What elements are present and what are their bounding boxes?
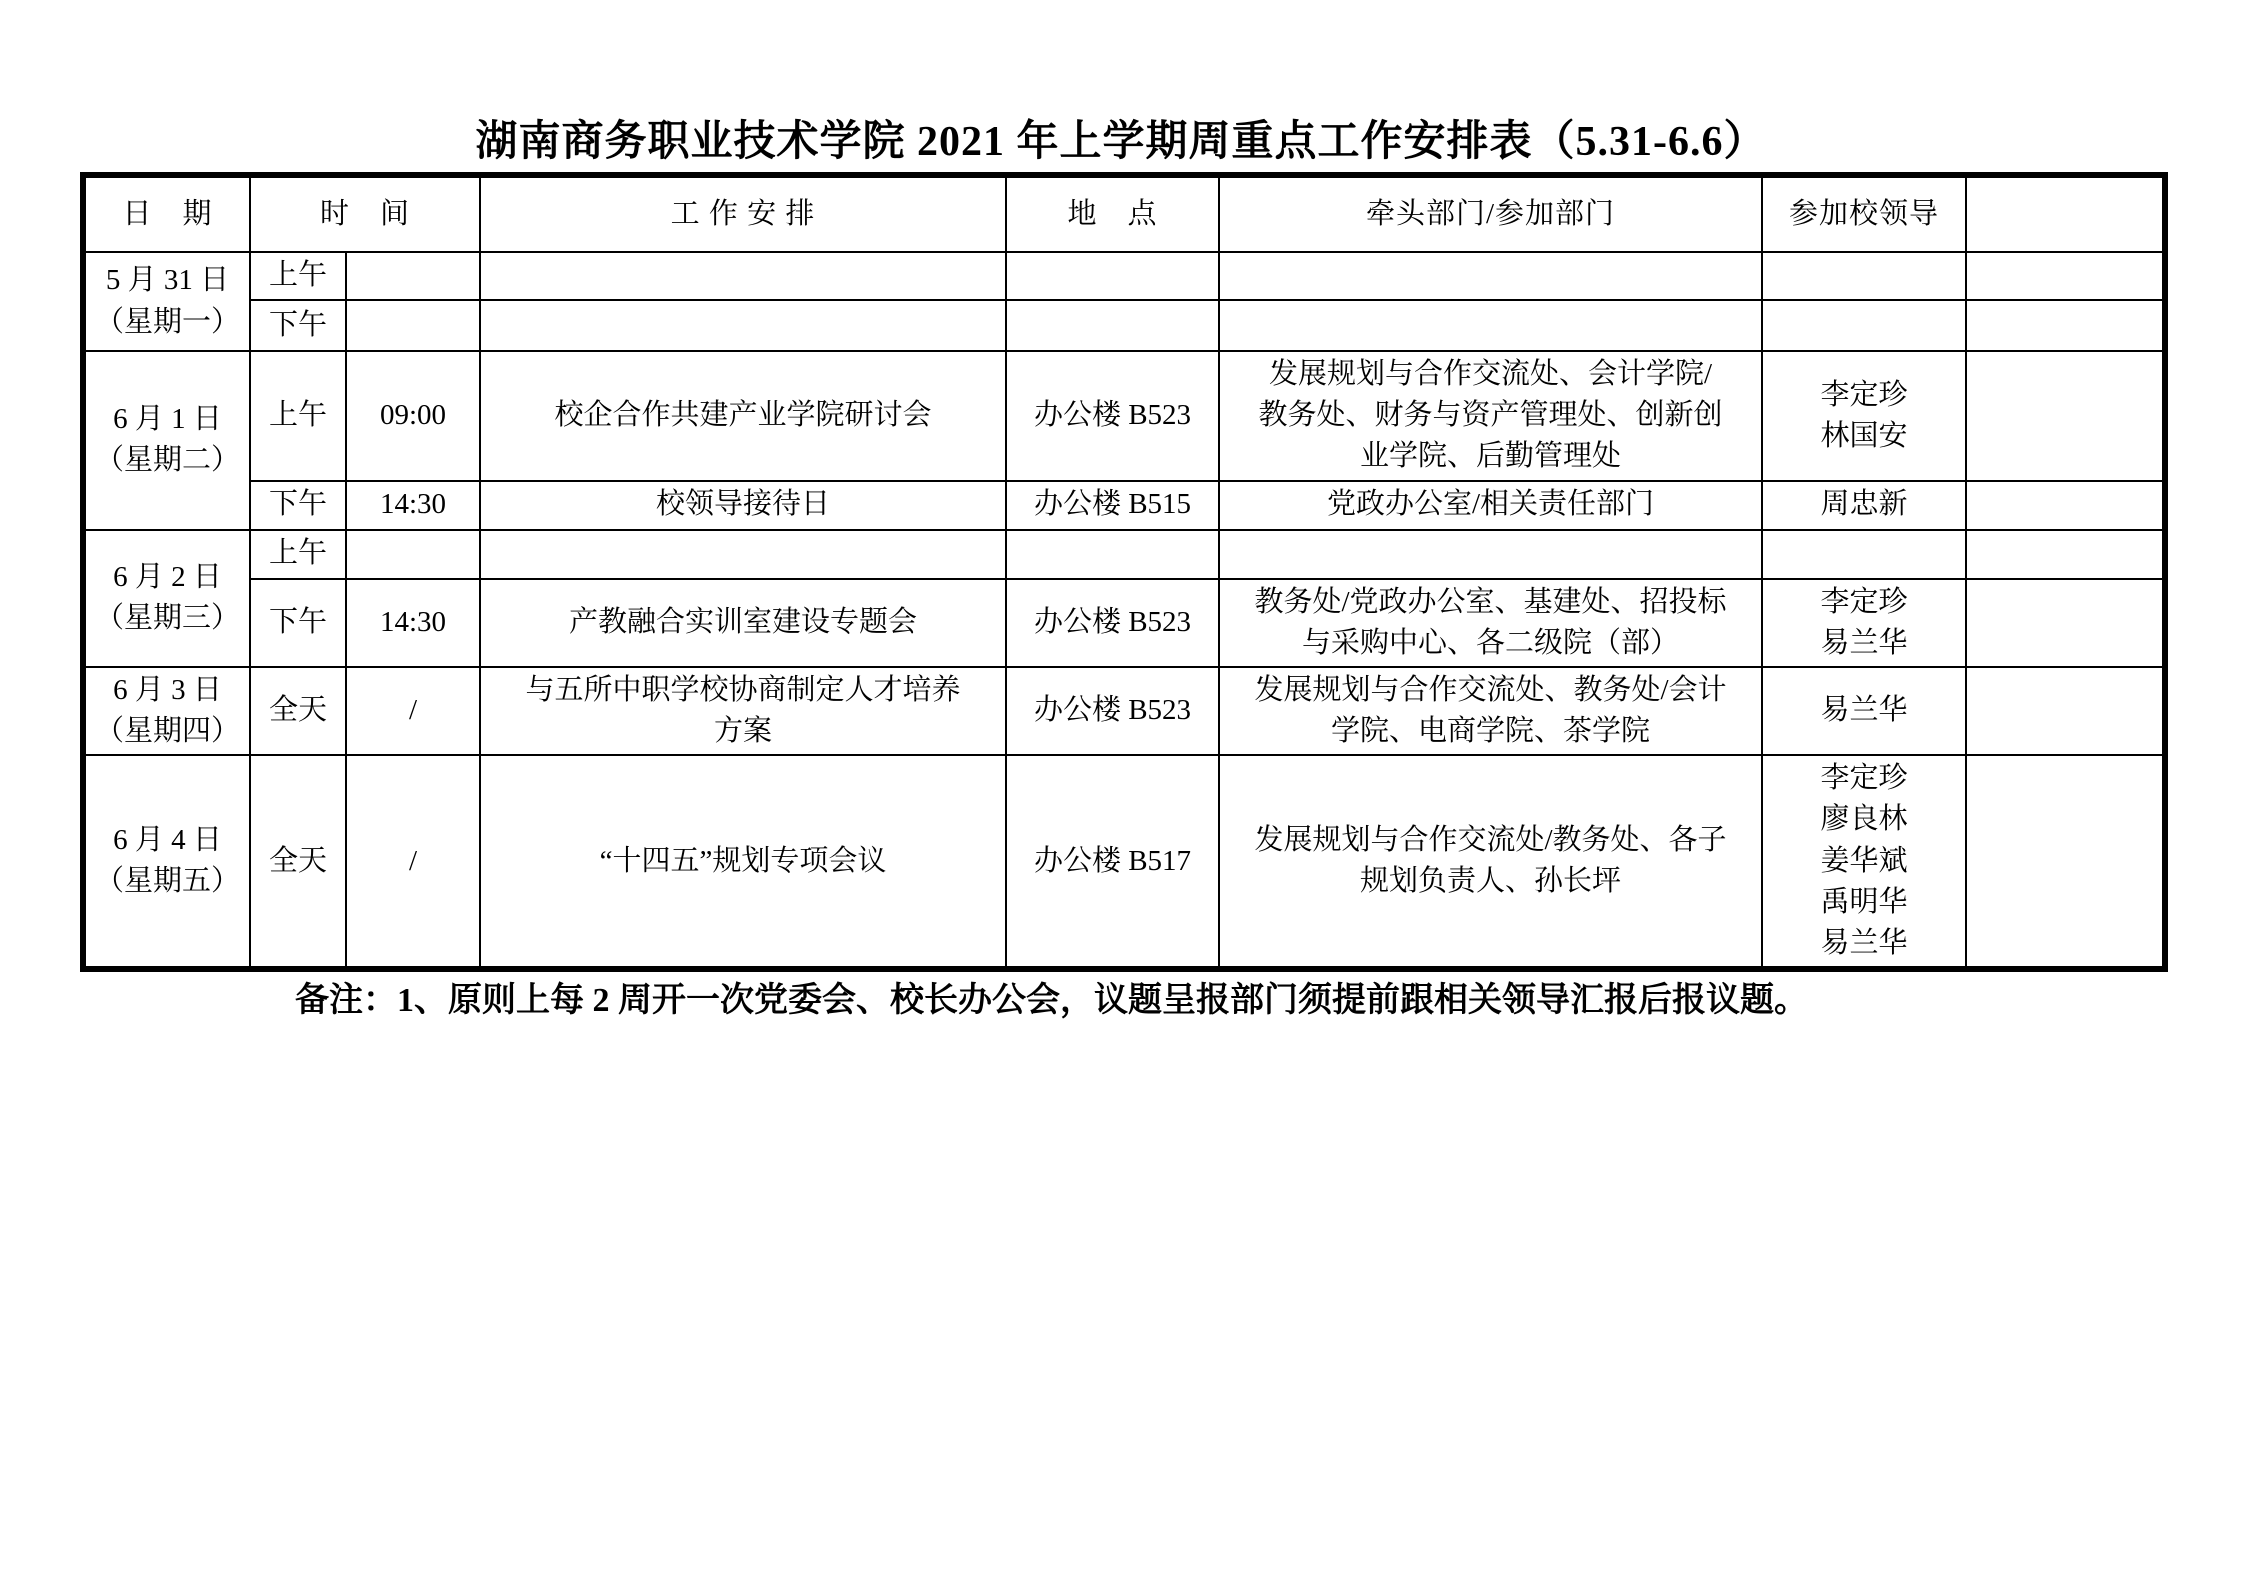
cell-leaders	[1762, 530, 1966, 579]
cell-location	[1006, 252, 1219, 300]
table-row: 下午 14:30 校领导接待日 办公楼 B515 党政办公室/相关责任部门 周忠…	[83, 481, 2165, 530]
cell-leaders: 李定珍 易兰华	[1762, 579, 1966, 667]
cell-period: 上午	[250, 252, 346, 300]
cell-departments: 发展规划与合作交流处、会计学院/ 教务处、财务与资产管理处、创新创 业学院、后勤…	[1219, 351, 1762, 481]
cell-location: 办公楼 B523	[1006, 351, 1219, 481]
cell-period: 全天	[250, 755, 346, 969]
cell-extra	[1966, 530, 2165, 579]
cell-work: “十四五”规划专项会议	[480, 755, 1006, 969]
cell-period: 下午	[250, 579, 346, 667]
cell-work: 校企合作共建产业学院研讨会	[480, 351, 1006, 481]
cell-date: 6 月 2 日 （星期三）	[83, 530, 250, 667]
cell-work	[480, 300, 1006, 351]
table-row: 6 月 1 日 （星期二） 上午 09:00 校企合作共建产业学院研讨会 办公楼…	[83, 351, 2165, 481]
cell-extra	[1966, 351, 2165, 481]
cell-extra	[1966, 252, 2165, 300]
cell-time: /	[346, 667, 480, 755]
page-title: 湖南商务职业技术学院 2021 年上学期周重点工作安排表（5.31-6.6）	[80, 108, 2162, 168]
table-row: 6 月 4 日 （星期五） 全天 / “十四五”规划专项会议 办公楼 B517 …	[83, 755, 2165, 969]
cell-date: 6 月 4 日 （星期五）	[83, 755, 250, 969]
document-page: 湖南商务职业技术学院 2021 年上学期周重点工作安排表（5.31-6.6） 日…	[0, 0, 2245, 1587]
cell-leaders: 易兰华	[1762, 667, 1966, 755]
cell-departments	[1219, 300, 1762, 351]
cell-location: 办公楼 B515	[1006, 481, 1219, 530]
cell-leaders	[1762, 300, 1966, 351]
cell-period: 全天	[250, 667, 346, 755]
cell-leaders: 李定珍 林国安	[1762, 351, 1966, 481]
cell-extra	[1966, 481, 2165, 530]
cell-time: 09:00	[346, 351, 480, 481]
col-header-departments: 牵头部门/参加部门	[1219, 175, 1762, 252]
cell-leaders	[1762, 252, 1966, 300]
cell-location	[1006, 300, 1219, 351]
cell-time: 14:30	[346, 579, 480, 667]
cell-leaders: 李定珍 廖良林 姜华斌 禹明华 易兰华	[1762, 755, 1966, 969]
col-header-date: 日 期	[83, 175, 250, 252]
table-row: 6 月 2 日 （星期三） 上午	[83, 530, 2165, 579]
table-header-row: 日 期 时 间 工 作 安 排 地 点 牵头部门/参加部门 参加校领导	[83, 175, 2165, 252]
cell-work: 产教融合实训室建设专题会	[480, 579, 1006, 667]
cell-location	[1006, 530, 1219, 579]
col-header-time: 时 间	[250, 175, 480, 252]
cell-location: 办公楼 B523	[1006, 579, 1219, 667]
col-header-extra	[1966, 175, 2165, 252]
cell-period: 上午	[250, 530, 346, 579]
cell-period: 下午	[250, 481, 346, 530]
cell-extra	[1966, 579, 2165, 667]
cell-date: 6 月 3 日 （星期四）	[83, 667, 250, 755]
cell-departments: 发展规划与合作交流处/教务处、各子 规划负责人、孙长坪	[1219, 755, 1762, 969]
col-header-location: 地 点	[1006, 175, 1219, 252]
cell-time	[346, 300, 480, 351]
cell-period: 下午	[250, 300, 346, 351]
cell-work	[480, 252, 1006, 300]
table-row: 下午	[83, 300, 2165, 351]
cell-departments: 党政办公室/相关责任部门	[1219, 481, 1762, 530]
table-row: 下午 14:30 产教融合实训室建设专题会 办公楼 B523 教务处/党政办公室…	[83, 579, 2165, 667]
cell-location: 办公楼 B523	[1006, 667, 1219, 755]
schedule-table: 日 期 时 间 工 作 安 排 地 点 牵头部门/参加部门 参加校领导 5 月 …	[80, 172, 2168, 972]
cell-date: 6 月 1 日 （星期二）	[83, 351, 250, 530]
col-header-work: 工 作 安 排	[480, 175, 1006, 252]
cell-leaders: 周忠新	[1762, 481, 1966, 530]
table-row: 5 月 31 日 （星期一） 上午	[83, 252, 2165, 300]
cell-location: 办公楼 B517	[1006, 755, 1219, 969]
cell-departments	[1219, 252, 1762, 300]
cell-work: 校领导接待日	[480, 481, 1006, 530]
cell-time	[346, 530, 480, 579]
cell-time	[346, 252, 480, 300]
cell-period: 上午	[250, 351, 346, 481]
cell-date: 5 月 31 日 （星期一）	[83, 252, 250, 351]
cell-departments: 教务处/党政办公室、基建处、招投标 与采购中心、各二级院（部）	[1219, 579, 1762, 667]
cell-extra	[1966, 667, 2165, 755]
cell-work	[480, 530, 1006, 579]
cell-extra	[1966, 300, 2165, 351]
cell-time: 14:30	[346, 481, 480, 530]
cell-departments: 发展规划与合作交流处、教务处/会计 学院、电商学院、茶学院	[1219, 667, 1762, 755]
cell-work: 与五所中职学校协商制定人才培养 方案	[480, 667, 1006, 755]
cell-departments	[1219, 530, 1762, 579]
remarks-note: 备注：1、原则上每 2 周开一次党委会、校长办公会，议题呈报部门须提前跟相关领导…	[295, 972, 1808, 1021]
cell-time: /	[346, 755, 480, 969]
table-row: 6 月 3 日 （星期四） 全天 / 与五所中职学校协商制定人才培养 方案 办公…	[83, 667, 2165, 755]
col-header-leaders: 参加校领导	[1762, 175, 1966, 252]
cell-extra	[1966, 755, 2165, 969]
